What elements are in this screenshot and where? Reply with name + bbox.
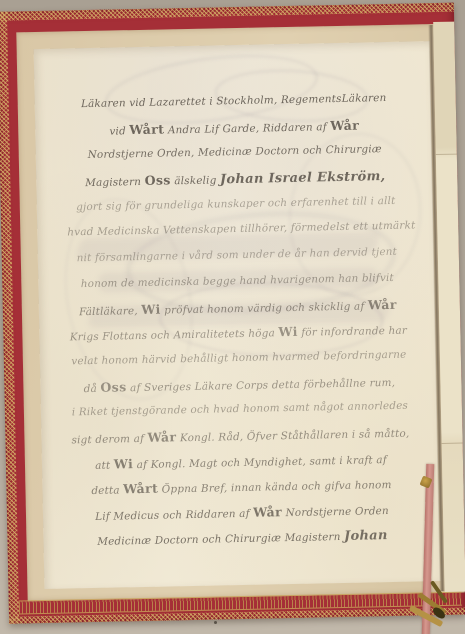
emphasized-word: Wi xyxy=(278,324,298,339)
handwritten-text: Andra Lif Garde, Riddaren af xyxy=(164,121,330,136)
manuscript-page: Läkaren vid Lazarettet i Stockholm, Rege… xyxy=(34,41,441,589)
handwritten-text: pröfvat honom värdig och skicklig af xyxy=(161,300,368,316)
emphasized-word: Wi xyxy=(114,456,134,471)
handwritten-text: velat honom härvid behålligt honom hvarm… xyxy=(71,349,406,368)
handwritten-text: af Kongl. Magt och Myndighet, samt i kra… xyxy=(133,454,387,471)
handwritten-text: vid xyxy=(109,125,129,137)
handwritten-text: hvad Medicinska Vettenskapen tillhörer, … xyxy=(67,220,415,239)
photo-frame: Läkaren vid Lazarettet i Stockholm, Rege… xyxy=(0,0,465,634)
handwritten-text: älskelig xyxy=(171,174,220,187)
handwritten-text: honom de medicinska begge hand hvarigeno… xyxy=(81,272,394,290)
handwritten-text: Nordstjerne Orden, Medicinæ Doctorn och … xyxy=(88,143,382,161)
handwritten-text: nit församlingarne i vård som under de å… xyxy=(77,246,398,264)
emphasized-word: Wår xyxy=(368,296,397,312)
handwritten-text: Läkaren vid Lazarettet i Stockholm, Rege… xyxy=(81,92,387,110)
emphasized-word: Wår xyxy=(147,429,176,445)
gold-tooling-top xyxy=(0,3,454,21)
handwritten-text: Lif Medicus och Riddaren af xyxy=(95,508,253,523)
handwritten-text: detta xyxy=(91,485,123,498)
handwritten-text: Kongl. Råd, Öfver Ståthållaren i så mått… xyxy=(176,428,409,445)
handwritten-text: Krigs Flottans och Amiralitetets höga xyxy=(70,327,279,343)
emphasized-word: Wårt xyxy=(123,481,158,497)
book-cover: Läkaren vid Lazarettet i Stockholm, Rege… xyxy=(0,3,465,624)
emphasized-word: Johan xyxy=(344,528,388,544)
emphasized-word: Wår xyxy=(330,117,359,133)
handwritten-text: Fältläkare, xyxy=(79,304,142,317)
manuscript-line: Medicinæ Doctorn och Chirurgiæ Magistern… xyxy=(73,522,411,554)
handwritten-text: att xyxy=(95,459,114,471)
emphasized-word: Oss xyxy=(100,379,126,395)
handwritten-text: Nordstjerne Orden xyxy=(282,505,389,519)
binding-cord-tassel xyxy=(406,583,460,633)
handwritten-text: i Riket tjenstgörande och hvad honom sam… xyxy=(72,400,408,419)
gold-tooling-left xyxy=(0,12,19,624)
dust-speck xyxy=(214,621,217,624)
page-crease xyxy=(436,154,457,155)
handwritten-text: sigt derom af xyxy=(71,433,147,447)
handwritten-text: då xyxy=(84,382,101,394)
emphasized-word: Wårt xyxy=(129,121,164,137)
page-crease xyxy=(442,443,463,444)
emphasized-word: Wår xyxy=(253,504,282,520)
handwritten-text: Medicinæ Doctorn och Chirurgiæ Magistern xyxy=(97,531,344,548)
handwritten-text: gjort sig för grundeliga kunskaper och e… xyxy=(76,195,396,213)
handwritten-text: för infordrande har xyxy=(298,325,407,339)
handwritten-text: Magistern xyxy=(85,176,145,189)
emphasized-word: Wi xyxy=(141,301,161,316)
manuscript-text: Läkaren vid Lazarettet i Stockholm, Rege… xyxy=(65,86,412,555)
emphasized-word: Oss xyxy=(144,172,170,188)
handwritten-text: af Sveriges Läkare Corps detta förbehåll… xyxy=(126,376,395,393)
handwritten-text: Öppna Bref, innan kända och gifva honom xyxy=(158,479,392,496)
emphasized-word: Johan Israel Ekström, xyxy=(220,169,386,187)
